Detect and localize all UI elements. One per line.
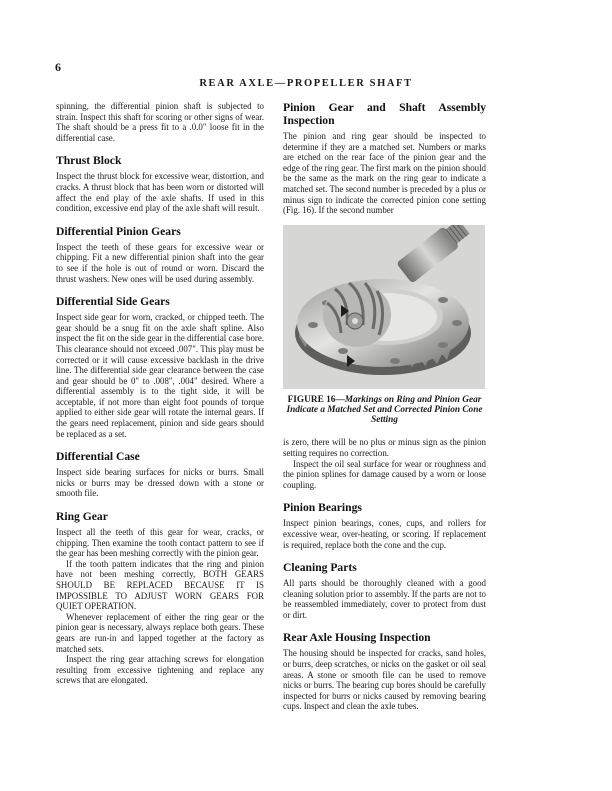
- paragraph: Whenever replacement of either the ring …: [56, 612, 264, 654]
- heading-thrust-block: Thrust Block: [56, 154, 264, 167]
- heading-pinion-gear-shaft-inspection: Pinion Gear and Shaft Assembly Inspectio…: [283, 101, 486, 127]
- paragraph: Inspect side gear for worn, cracked, or …: [56, 312, 264, 439]
- paragraph: Inspect the teeth of these gears for exc…: [56, 242, 264, 284]
- heading-ring-gear: Ring Gear: [56, 510, 264, 523]
- paragraph: Inspect the ring gear attaching screws f…: [56, 654, 264, 686]
- paragraph: Inspect all the teeth of this gear for w…: [56, 527, 264, 559]
- heading-differential-case: Differential Case: [56, 450, 264, 463]
- heading-differential-side-gears: Differential Side Gears: [56, 295, 264, 308]
- page-number: 6: [55, 60, 61, 75]
- paragraph: All parts should be thoroughly cleaned w…: [283, 578, 486, 620]
- paragraph: is zero, there will be no plus or minus …: [283, 437, 486, 458]
- paragraph: Inspect pinion bearings, cones, cups, an…: [283, 518, 486, 550]
- paragraph: Inspect the oil seal surface for wear or…: [283, 459, 486, 491]
- right-column: Pinion Gear and Shaft Assembly Inspectio…: [283, 101, 486, 712]
- left-column: spinning, the differential pinion shaft …: [56, 101, 264, 686]
- running-head: REAR AXLE—PROPELLER SHAFT: [0, 78, 612, 89]
- figure-16-photo: [283, 225, 485, 389]
- heading-pinion-bearings: Pinion Bearings: [283, 501, 486, 514]
- figure-caption: FIGURE 16—Markings on Ring and Pinion Ge…: [283, 395, 486, 426]
- heading-rear-axle-housing-inspection: Rear Axle Housing Inspection: [283, 631, 486, 644]
- ring-pinion-gear-icon: [283, 225, 485, 389]
- heading-differential-pinion-gears: Differential Pinion Gears: [56, 225, 264, 238]
- paragraph: The pinion and ring gear should be inspe…: [283, 131, 486, 216]
- paragraph: If the tooth pattern indicates that the …: [56, 559, 264, 612]
- paragraph: Inspect the thrust block for excessive w…: [56, 171, 264, 213]
- intro-paragraph: spinning, the differential pinion shaft …: [56, 101, 264, 143]
- heading-cleaning-parts: Cleaning Parts: [283, 561, 486, 574]
- paragraph: The housing should be inspected for crac…: [283, 648, 486, 712]
- paragraph: Inspect side bearing surfaces for nicks …: [56, 467, 264, 499]
- figure-label: FIGURE 16—: [288, 395, 345, 405]
